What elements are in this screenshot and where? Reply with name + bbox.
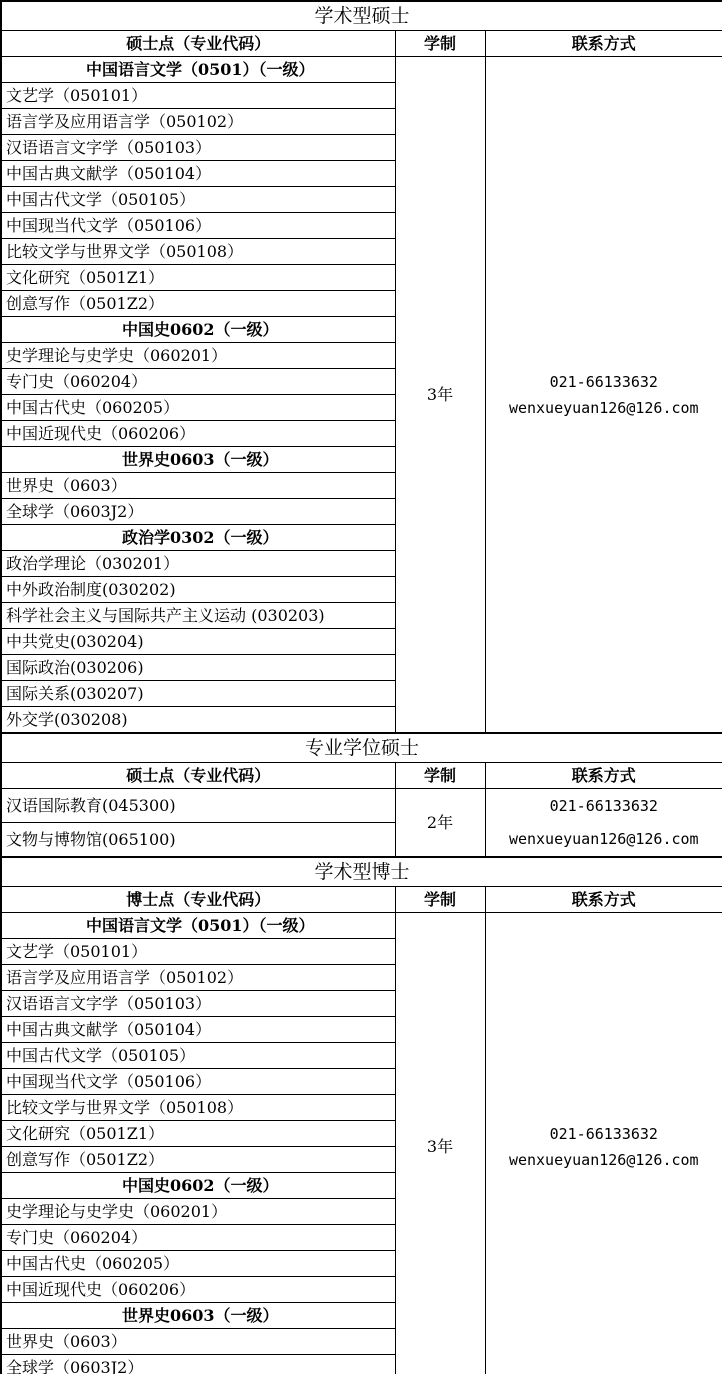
program-name: 中国古代史（060205） bbox=[1, 1251, 395, 1277]
header-program: 博士点（专业代码） bbox=[1, 887, 395, 913]
program-name: 语言学及应用语言学（050102） bbox=[1, 109, 395, 135]
program-name: 文化研究（0501Z1） bbox=[1, 1121, 395, 1147]
program-name: 文物与博物馆(065100) bbox=[1, 823, 395, 858]
program-name: 创意写作（0501Z2） bbox=[1, 1147, 395, 1173]
program-name: 史学理论与史学史（060201） bbox=[1, 1199, 395, 1225]
program-name: 中外政治制度(030202) bbox=[1, 577, 395, 603]
program-name: 汉语语言文字学（050103） bbox=[1, 991, 395, 1017]
contact-email: wenxueyuan126@126.com bbox=[486, 1147, 722, 1173]
contact-phone: 021-66133632 bbox=[486, 369, 722, 395]
program-name: 全球学（0603J2） bbox=[1, 1355, 395, 1374]
discipline-group-row: 中国语言文学（0501）（一级）3年021-66133632wenxueyuan… bbox=[1, 57, 722, 83]
program-name: 文艺学（050101） bbox=[1, 83, 395, 109]
program-name: 史学理论与史学史（060201） bbox=[1, 343, 395, 369]
section-title: 学术型博士 bbox=[1, 857, 722, 887]
duration-cell: 3年 bbox=[395, 57, 485, 734]
program-name: 汉语国际教育(045300) bbox=[1, 789, 395, 823]
section-title-row: 学术型硕士 bbox=[1, 1, 722, 31]
header-contact: 联系方式 bbox=[485, 31, 722, 57]
section-title: 学术型硕士 bbox=[1, 1, 722, 31]
program-name: 国际政治(030206) bbox=[1, 655, 395, 681]
program-name: 汉语语言文字学（050103） bbox=[1, 135, 395, 161]
column-header-row: 硕士点（专业代码） 学制 联系方式 bbox=[1, 31, 722, 57]
column-header-row: 博士点（专业代码） 学制 联系方式 bbox=[1, 887, 722, 913]
header-contact: 联系方式 bbox=[485, 763, 722, 789]
discipline-group-label: 世界史0603（一级） bbox=[1, 447, 395, 473]
program-name: 政治学理论（030201） bbox=[1, 551, 395, 577]
program-name: 语言学及应用语言学（050102） bbox=[1, 965, 395, 991]
contact-email: wenxueyuan126@126.com bbox=[486, 823, 722, 856]
programs-table: 学术型硕士 硕士点（专业代码） 学制 联系方式 中国语言文学（0501）（一级）… bbox=[0, 0, 722, 1374]
program-name: 世界史（0603） bbox=[1, 1329, 395, 1355]
header-duration: 学制 bbox=[395, 763, 485, 789]
program-name: 中国古代史（060205） bbox=[1, 395, 395, 421]
contact-cell: 021-66133632wenxueyuan126@126.com bbox=[485, 913, 722, 1374]
discipline-group-label: 中国语言文学（0501）（一级） bbox=[1, 57, 395, 83]
contact-email: wenxueyuan126@126.com bbox=[486, 395, 722, 421]
program-name: 中国古典文献学（050104） bbox=[1, 1017, 395, 1043]
column-header-row: 硕士点（专业代码） 学制 联系方式 bbox=[1, 763, 722, 789]
contact-phone: 021-66133632 bbox=[486, 790, 722, 823]
section-title: 专业学位硕士 bbox=[1, 733, 722, 763]
programs-table-body: 学术型硕士 硕士点（专业代码） 学制 联系方式 中国语言文学（0501）（一级）… bbox=[1, 1, 722, 1374]
program-name: 中国古代文学（050105） bbox=[1, 187, 395, 213]
discipline-group-label: 世界史0603（一级） bbox=[1, 1303, 395, 1329]
program-name: 文化研究（0501Z1） bbox=[1, 265, 395, 291]
header-program: 硕士点（专业代码） bbox=[1, 31, 395, 57]
program-name: 专门史（060204） bbox=[1, 1225, 395, 1251]
discipline-group-row: 中国语言文学（0501）（一级）3年021-66133632wenxueyuan… bbox=[1, 913, 722, 939]
program-name: 创意写作（0501Z2） bbox=[1, 291, 395, 317]
header-program: 硕士点（专业代码） bbox=[1, 763, 395, 789]
duration-cell: 2年 bbox=[395, 789, 485, 858]
discipline-group-label: 政治学0302（一级） bbox=[1, 525, 395, 551]
header-duration: 学制 bbox=[395, 887, 485, 913]
program-name: 外交学(030208) bbox=[1, 707, 395, 734]
program-name: 中国现当代文学（050106） bbox=[1, 213, 395, 239]
program-name: 比较文学与世界文学（050108） bbox=[1, 1095, 395, 1121]
contact-phone: 021-66133632 bbox=[486, 1121, 722, 1147]
program-name: 比较文学与世界文学（050108） bbox=[1, 239, 395, 265]
program-row: 汉语国际教育(045300)2年021-66133632wenxueyuan12… bbox=[1, 789, 722, 823]
program-name: 科学社会主义与国际共产主义运动 (030203) bbox=[1, 603, 395, 629]
discipline-group-label: 中国语言文学（0501）（一级） bbox=[1, 913, 395, 939]
header-contact: 联系方式 bbox=[485, 887, 722, 913]
section-title-row: 学术型博士 bbox=[1, 857, 722, 887]
duration-cell: 3年 bbox=[395, 913, 485, 1374]
program-name: 世界史（0603） bbox=[1, 473, 395, 499]
section-title-row: 专业学位硕士 bbox=[1, 733, 722, 763]
contact-cell: 021-66133632wenxueyuan126@126.com bbox=[485, 789, 722, 858]
program-name: 国际关系(030207) bbox=[1, 681, 395, 707]
contact-cell: 021-66133632wenxueyuan126@126.com bbox=[485, 57, 722, 734]
program-name: 中国近现代史（060206） bbox=[1, 1277, 395, 1303]
program-name: 中国古代文学（050105） bbox=[1, 1043, 395, 1069]
header-duration: 学制 bbox=[395, 31, 485, 57]
program-name: 全球学（0603J2） bbox=[1, 499, 395, 525]
program-name: 中国古典文献学（050104） bbox=[1, 161, 395, 187]
program-name: 专门史（060204） bbox=[1, 369, 395, 395]
program-name: 中国现当代文学（050106） bbox=[1, 1069, 395, 1095]
program-name: 中国近现代史（060206） bbox=[1, 421, 395, 447]
program-name: 中共党史(030204) bbox=[1, 629, 395, 655]
discipline-group-label: 中国史0602（一级） bbox=[1, 317, 395, 343]
program-name: 文艺学（050101） bbox=[1, 939, 395, 965]
discipline-group-label: 中国史0602（一级） bbox=[1, 1173, 395, 1199]
